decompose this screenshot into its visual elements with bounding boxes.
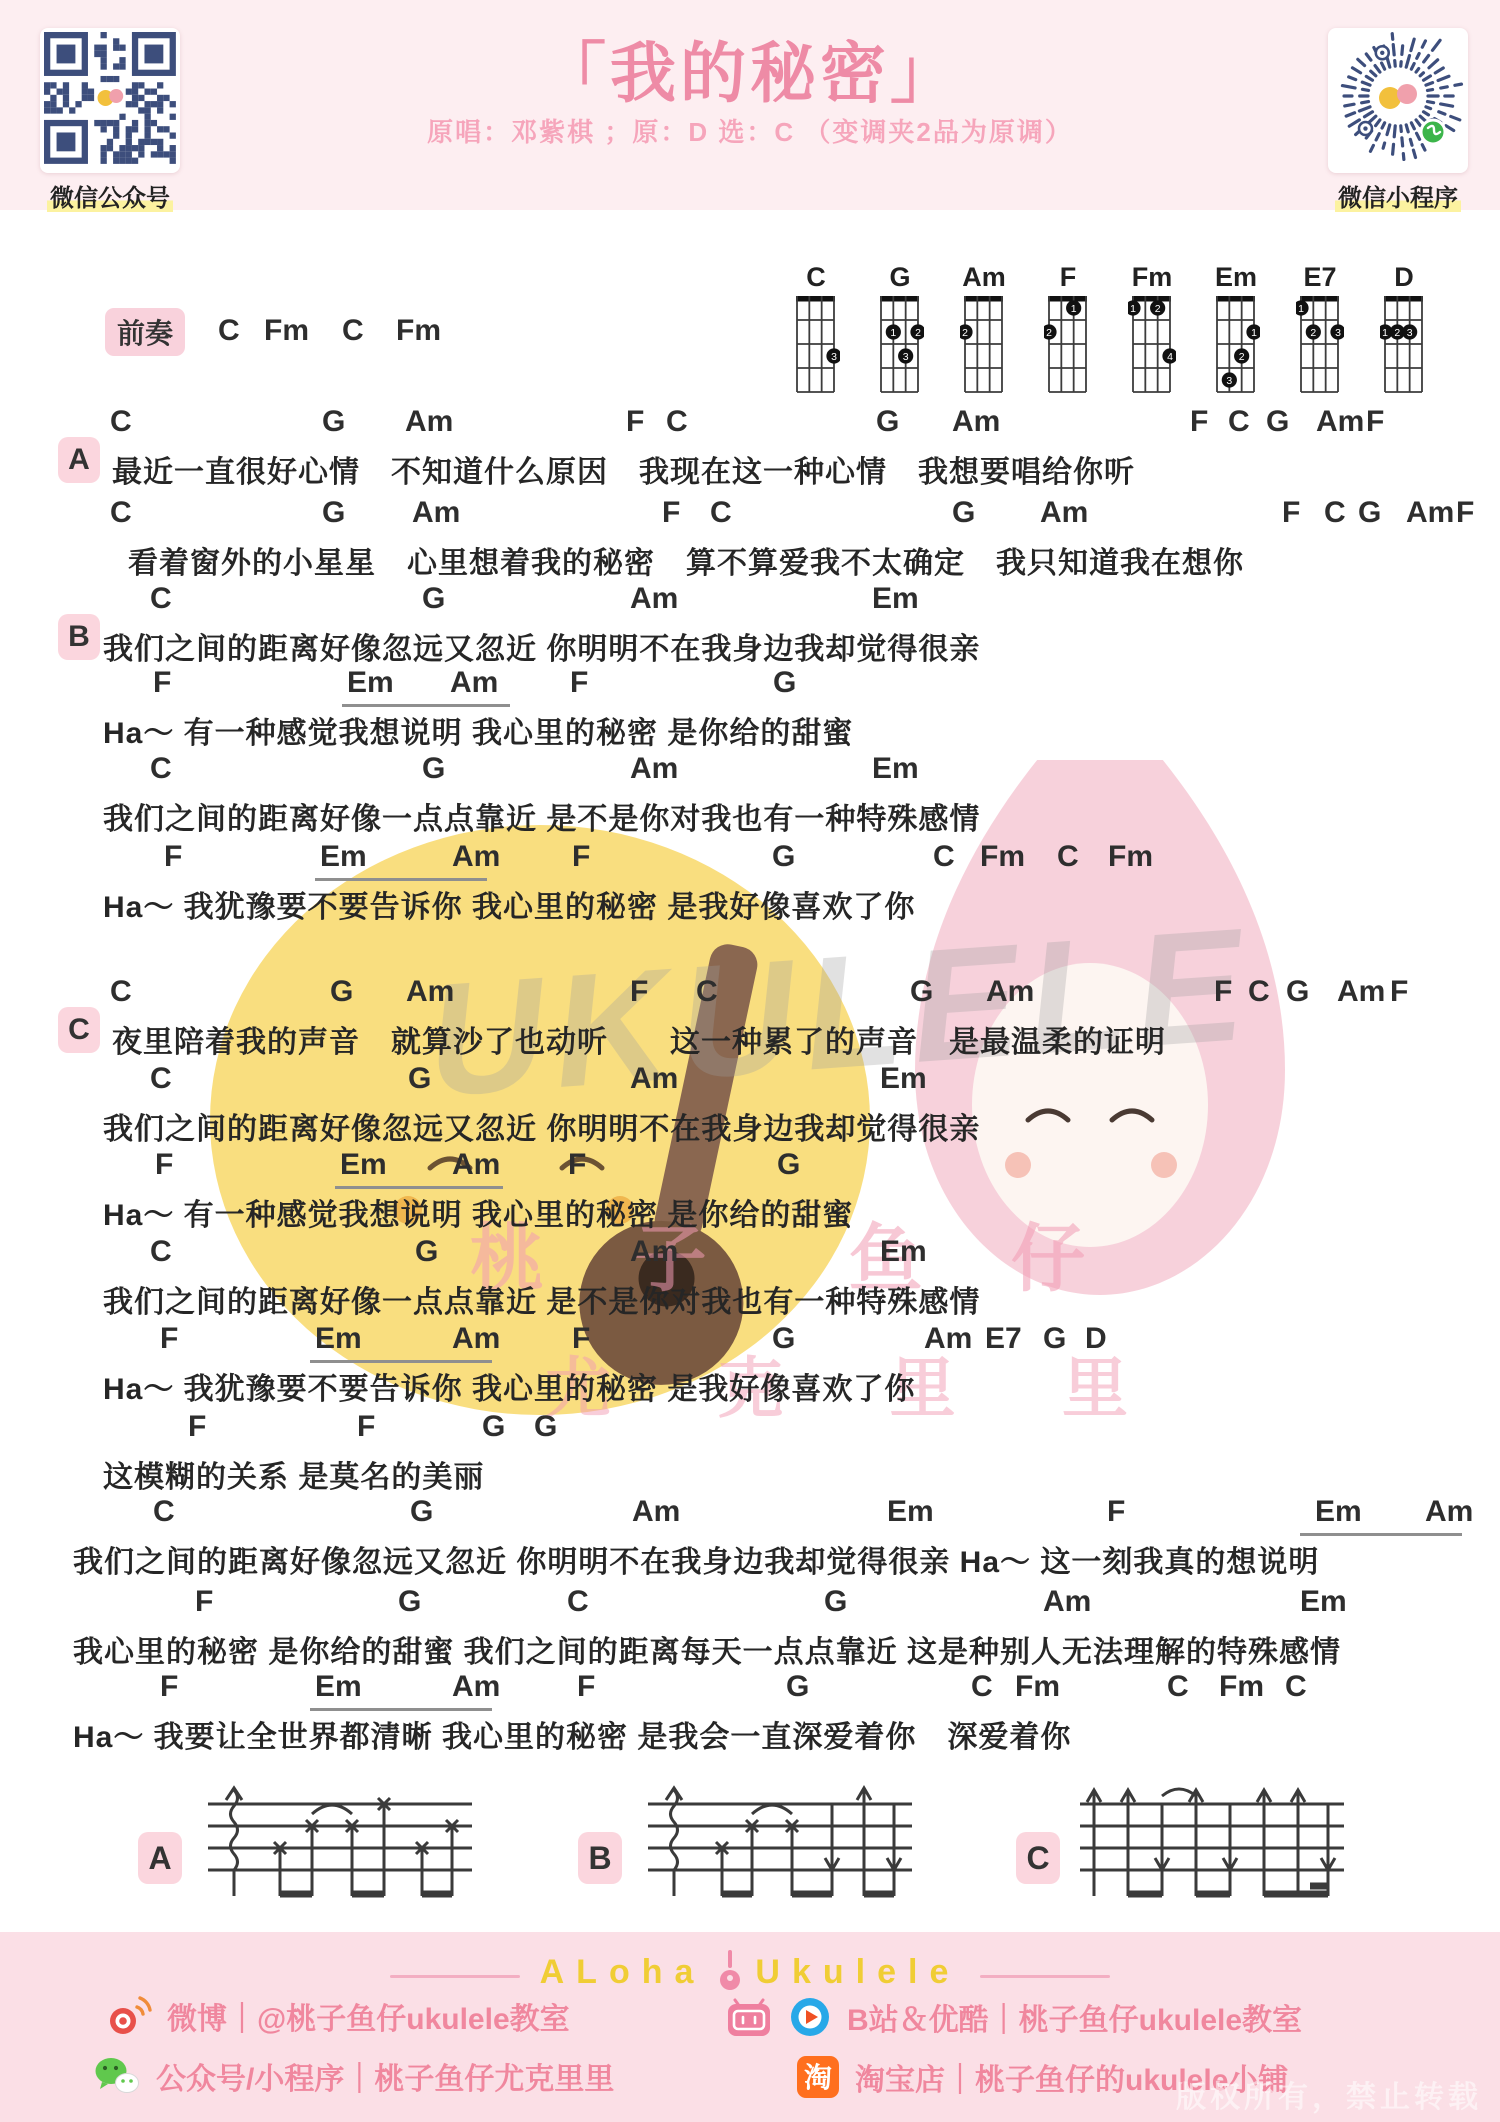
youku-icon	[787, 1994, 833, 2040]
chord-symbol: Am	[452, 1670, 500, 1704]
chord-symbol: G	[398, 1585, 421, 1619]
chord-symbol: F	[630, 975, 648, 1009]
lyric-line: Ha～ 有一种感觉我想说明 我心里的秘密 是你给的甜蜜	[103, 1190, 853, 1234]
chord-symbol: F	[164, 840, 182, 874]
intro-badge: 前奏	[105, 308, 185, 356]
chord-symbol: C	[666, 405, 688, 439]
brand-banner: ALoha Ukulele	[0, 1948, 1500, 1996]
weibo-text: 微博｜@桃子鱼仔ukulele教室	[167, 1994, 570, 2038]
chord-symbol: G	[777, 1148, 800, 1182]
chord-symbol: C	[971, 1670, 993, 1704]
chord-symbol: Am	[405, 405, 453, 439]
chord-symbol: Am	[1406, 496, 1454, 530]
chord-symbol: Em	[872, 582, 919, 616]
lyric-line: Ha～ 我犹豫要不要告诉你 我心里的秘密 是我好像喜欢了你	[103, 882, 915, 926]
chord-symbol: C	[150, 1235, 172, 1269]
chord-symbol: G	[1286, 975, 1309, 1009]
chord-symbol: C	[710, 496, 732, 530]
chord-symbol: F	[357, 1410, 375, 1444]
chord-symbol: G	[410, 1495, 433, 1529]
section-label-C: C	[58, 1007, 100, 1053]
chord-symbol: Am	[406, 975, 454, 1009]
chord-symbol: C	[1228, 405, 1250, 439]
chord-symbol: Am	[452, 1322, 500, 1356]
chord-symbol: Fm	[1108, 840, 1153, 874]
chord-symbol: Em	[880, 1235, 927, 1269]
chord-underline	[310, 1360, 492, 1363]
chord-symbol: F	[626, 405, 644, 439]
chord-underline	[342, 704, 510, 707]
chord-symbol: F	[1456, 496, 1474, 530]
chord-symbol: G	[322, 496, 345, 530]
chord-symbol: G	[786, 1670, 809, 1704]
chord-symbol: Am	[452, 1148, 500, 1182]
chord-symbol: F	[577, 1670, 595, 1704]
strum-pattern-a-diagram	[200, 1784, 480, 1909]
chord-symbol: F	[1282, 496, 1300, 530]
chord-symbol: F	[570, 666, 588, 700]
bilibili-youku-text: B站＆优酷｜桃子鱼仔ukulele教室	[847, 1995, 1302, 2039]
chord-symbol: F	[160, 1670, 178, 1704]
chord-symbol: F	[153, 666, 171, 700]
chord-symbol: D	[1085, 1322, 1107, 1356]
chord-symbol: G	[910, 975, 933, 1009]
wechat-accounts-text: 公众号/小程序｜桃子鱼仔尤克里里	[156, 2054, 614, 2098]
chord-symbol: F	[1390, 975, 1408, 1009]
chord-symbol: G	[772, 840, 795, 874]
chord-symbol: C	[933, 840, 955, 874]
lyric-line: Ha～ 我犹豫要不要告诉你 我心里的秘密 是我好像喜欢了你	[103, 1364, 915, 1408]
lyric-line: 我心里的秘密 是你给的甜蜜 我们之间的距离每天一点点靠近 这是种别人无法理解的特…	[73, 1627, 1341, 1671]
chord-symbol: G	[1358, 496, 1381, 530]
lyric-line: 我们之间的距离好像一点点靠近 是不是你对我也有一种特殊感情	[103, 1277, 980, 1321]
chord-symbol: C	[150, 1062, 172, 1096]
section-label-B: B	[58, 614, 100, 660]
chord-symbol: Am	[630, 1235, 678, 1269]
lyric-line: 我们之间的距离好像忽远又忽近 你明明不在我身边我却觉得很亲 Ha～ 这一刻我真的…	[73, 1537, 1319, 1581]
chord-symbol: F	[1190, 405, 1208, 439]
chord-symbol: Am	[1316, 405, 1364, 439]
chord-symbol: C	[110, 405, 132, 439]
strum-pattern-b-label: B	[578, 1832, 622, 1884]
chord-symbol: G	[415, 1235, 438, 1269]
chord-symbol: Em	[347, 666, 394, 700]
chord-symbol: C	[150, 752, 172, 786]
chord-symbol: Fm	[264, 314, 309, 348]
copyright-watermark: 版权所有，禁止转载	[1176, 2072, 1482, 2116]
chord-symbol: G	[482, 1410, 505, 1444]
chord-symbol: F	[568, 1148, 586, 1182]
chord-symbol: Em	[320, 840, 367, 874]
brand-text-left: ALoha	[540, 1953, 706, 1992]
footer: ALoha Ukulele 微博｜@桃子鱼仔ukulele教室	[0, 1932, 1500, 2122]
chord-symbol: Am	[630, 1062, 678, 1096]
chord-underline	[310, 1708, 492, 1711]
ukulele-chord-sheet: 微信公众号 「我的秘密」 原唱：邓紫棋 ；原：D 选：C （变调夹2品为原调） …	[0, 0, 1500, 2122]
lyric-line: 夜里陪着我的声音 就算沙了也动听 这一种累了的声音 是最温柔的证明	[112, 1017, 1166, 1061]
chord-symbol: F	[195, 1585, 213, 1619]
lyric-line: Ha～ 我要让全世界都清晰 我心里的秘密 是我会一直深爱着你 深爱着你	[73, 1712, 1071, 1756]
chord-symbol: Am	[630, 582, 678, 616]
strum-pattern-c-diagram	[1072, 1784, 1352, 1909]
chord-symbol: F	[1366, 405, 1384, 439]
lyric-line: 我们之间的距离好像忽远又忽近 你明明不在我身边我却觉得很亲	[103, 624, 980, 668]
chord-symbol: Em	[315, 1670, 362, 1704]
chord-symbol: G	[322, 405, 345, 439]
chord-symbol: C	[1167, 1670, 1189, 1704]
strum-pattern-b-diagram	[640, 1784, 920, 1909]
chord-symbol: F	[160, 1322, 178, 1356]
brand-text-right: Ukulele	[755, 1953, 960, 1992]
chord-symbol: F	[572, 1322, 590, 1356]
chord-symbol: Am	[632, 1495, 680, 1529]
lyric-line: 最近一直很好心情 不知道什么原因 我现在这一种心情 我想要唱给你听	[112, 447, 1135, 491]
chord-symbol: G	[422, 582, 445, 616]
chord-symbol: C	[1248, 975, 1270, 1009]
ukulele-icon	[719, 1948, 741, 1996]
weibo-icon	[105, 1994, 153, 2038]
lyric-line: 这模糊的关系 是莫名的美丽	[103, 1452, 484, 1496]
chord-underline	[315, 878, 487, 881]
chord-symbol: G	[408, 1062, 431, 1096]
chord-symbol: G	[1043, 1322, 1066, 1356]
chord-symbol: G	[772, 1322, 795, 1356]
svg-text:淘: 淘	[804, 2062, 832, 2093]
chord-symbol: Am	[986, 975, 1034, 1009]
chord-symbol: Em	[315, 1322, 362, 1356]
chord-symbol: C	[150, 582, 172, 616]
chord-symbol: Fm	[1219, 1670, 1264, 1704]
chord-symbol: C	[153, 1495, 175, 1529]
chord-symbol: E7	[985, 1322, 1022, 1356]
chord-symbol: G	[330, 975, 353, 1009]
chord-symbol: C	[218, 314, 240, 348]
chord-symbol: F	[572, 840, 590, 874]
chord-symbol: Em	[880, 1062, 927, 1096]
bilibili-icon	[725, 1995, 773, 2039]
weibo-link: 微博｜@桃子鱼仔ukulele教室	[105, 1994, 570, 2038]
chord-symbol: G	[534, 1410, 557, 1444]
chord-symbol: C	[1057, 840, 1079, 874]
chord-underline	[1300, 1533, 1462, 1536]
strum-pattern-c-label: C	[1016, 1832, 1060, 1884]
chord-symbol: Am	[452, 840, 500, 874]
wechat-icon	[92, 2054, 142, 2098]
chord-symbol: F	[662, 496, 680, 530]
chord-symbol: Em	[887, 1495, 934, 1529]
lyric-line: 看着窗外的小星星 心里想着我的秘密 算不算爱我不太确定 我只知道我在想你	[128, 538, 1244, 582]
chord-symbol: Am	[450, 666, 498, 700]
chord-symbol: C	[110, 975, 132, 1009]
lyric-line: Ha～ 有一种感觉我想说明 我心里的秘密 是你给的甜蜜	[103, 708, 853, 752]
section-label-A: A	[58, 437, 100, 483]
chord-symbol: Fm	[1015, 1670, 1060, 1704]
chord-symbol: G	[773, 666, 796, 700]
chord-symbol: Am	[1337, 975, 1385, 1009]
chord-symbol: C	[696, 975, 718, 1009]
chord-symbol: G	[824, 1585, 847, 1619]
chord-symbol: C	[110, 496, 132, 530]
chord-symbol: Fm	[396, 314, 441, 348]
chord-symbol: Fm	[980, 840, 1025, 874]
chord-symbol: Am	[924, 1322, 972, 1356]
chord-symbol: Em	[872, 752, 919, 786]
chord-symbol: Em	[1300, 1585, 1347, 1619]
chord-underline	[335, 1186, 503, 1189]
chord-symbol: Em	[340, 1148, 387, 1182]
chord-symbol: Am	[1425, 1495, 1473, 1529]
chord-symbol: F	[1214, 975, 1232, 1009]
chord-symbol: C	[1324, 496, 1346, 530]
wechat-accounts-link: 公众号/小程序｜桃子鱼仔尤克里里	[92, 2054, 614, 2098]
chord-symbol: C	[567, 1585, 589, 1619]
chord-symbol: Em	[1315, 1495, 1362, 1529]
chord-symbol: F	[1107, 1495, 1125, 1529]
chord-symbol: G	[952, 496, 975, 530]
chord-symbol: Am	[630, 752, 678, 786]
taobao-icon: 淘	[795, 2054, 841, 2100]
chord-symbol: G	[1266, 405, 1289, 439]
chord-symbol: F	[155, 1148, 173, 1182]
chord-symbol: Am	[412, 496, 460, 530]
chord-symbol: F	[188, 1410, 206, 1444]
chord-symbol: G	[876, 405, 899, 439]
chord-symbol: Am	[1043, 1585, 1091, 1619]
chord-symbol: Am	[952, 405, 1000, 439]
lyric-line: 我们之间的距离好像忽远又忽近 你明明不在我身边我却觉得很亲	[103, 1104, 980, 1148]
strum-pattern-a-label: A	[138, 1832, 182, 1884]
chord-symbol: Am	[1040, 496, 1088, 530]
chord-symbol: G	[422, 752, 445, 786]
chord-symbol: C	[342, 314, 364, 348]
chord-symbol: C	[1285, 1670, 1307, 1704]
lyric-line: 我们之间的距离好像一点点靠近 是不是你对我也有一种特殊感情	[103, 794, 980, 838]
bilibili-youku-link: B站＆优酷｜桃子鱼仔ukulele教室	[725, 1994, 1302, 2040]
